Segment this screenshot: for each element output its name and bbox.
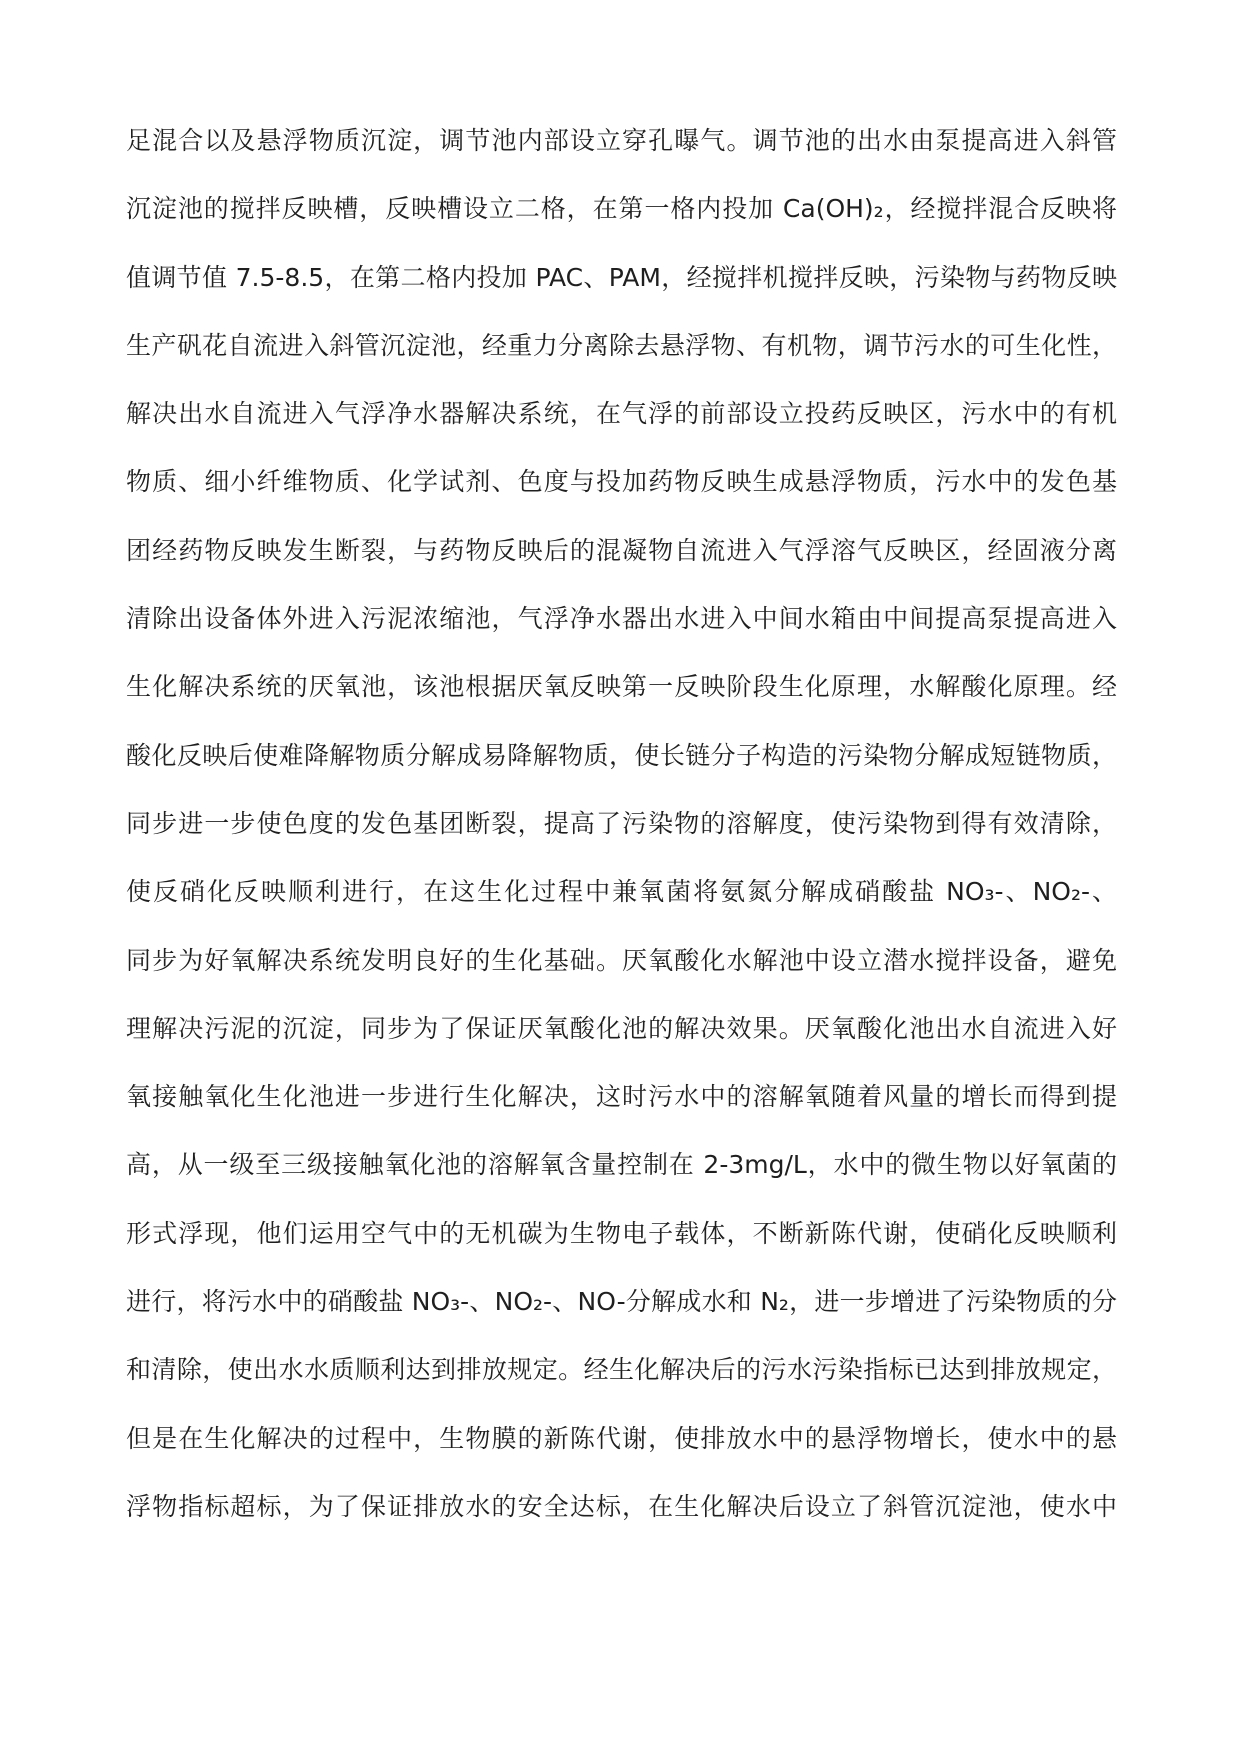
text-line: 生产矾花自流进入斜管沉淀池，经重力分离除去悬浮物、有机物，调节污水的可生化性， [126, 312, 1117, 380]
text-line: 值调节值 7.5-8.5，在第二格内投加 PAC、PAM，经搅拌机搅拌反映，污染… [126, 244, 1117, 312]
text-line: 生化解决系统的厌氧池，该池根据厌氧反映第一反映阶段生化原理，水解酸化原理。经 [126, 653, 1117, 721]
text-line: 足混合以及悬浮物质沉淀，调节池内部设立穿孔曝气。调节池的出水由泵提高进入斜管 [126, 107, 1117, 175]
body-paragraph: 足混合以及悬浮物质沉淀，调节池内部设立穿孔曝气。调节池的出水由泵提高进入斜管沉淀… [126, 107, 1117, 1541]
text-line: 和清除，使出水水质顺利达到排放规定。经生化解决后的污水污染指标已达到排放规定， [126, 1336, 1117, 1404]
text-line: 但是在生化解决的过程中，生物膜的新陈代谢，使排放水中的悬浮物增长，使水中的悬 [126, 1405, 1117, 1473]
text-line: 理解决污泥的沉淀，同步为了保证厌氧酸化池的解决效果。厌氧酸化池出水自流进入好 [126, 995, 1117, 1063]
text-line: 浮物指标超标，为了保证排放水的安全达标，在生化解决后设立了斜管沉淀池，使水中 [126, 1473, 1117, 1541]
text-line: 清除出设备体外进入污泥浓缩池，气浮净水器出水进入中间水箱由中间提高泵提高进入 [126, 585, 1117, 653]
text-line: 使反硝化反映顺利进行，在这生化过程中兼氧菌将氨氮分解成硝酸盐 NO₃-、NO₂-… [126, 858, 1117, 926]
text-line: 进行，将污水中的硝酸盐 NO₃-、NO₂-、NO-分解成水和 N₂，进一步增进了… [126, 1268, 1117, 1336]
text-line: 酸化反映后使难降解物质分解成易降解物质，使长链分子构造的污染物分解成短链物质， [126, 722, 1117, 790]
text-line: 解决出水自流进入气浮净水器解决系统，在气浮的前部设立投药反映区，污水中的有机 [126, 380, 1117, 448]
text-line: 沉淀池的搅拌反映槽，反映槽设立二格，在第一格内投加 Ca(OH)₂，经搅拌混合反… [126, 175, 1117, 243]
text-line: 氧接触氧化生化池进一步进行生化解决，这时污水中的溶解氧随着风量的增长而得到提 [126, 1063, 1117, 1131]
text-line: 形式浮现，他们运用空气中的无机碳为生物电子载体，不断新陈代谢，使硝化反映顺利 [126, 1200, 1117, 1268]
text-line: 团经药物反映发生断裂，与药物反映后的混凝物自流进入气浮溶气反映区，经固液分离 [126, 517, 1117, 585]
document-page: 足混合以及悬浮物质沉淀，调节池内部设立穿孔曝气。调节池的出水由泵提高进入斜管沉淀… [0, 0, 1241, 1754]
text-line: 同步进一步使色度的发色基团断裂，提高了污染物的溶解度，使污染物到得有效清除， [126, 790, 1117, 858]
text-line: 高，从一级至三级接触氧化池的溶解氧含量控制在 2-3mg/L，水中的微生物以好氧… [126, 1131, 1117, 1199]
text-line: 同步为好氧解决系统发明良好的生化基础。厌氧酸化水解池中设立潜水搅拌设备，避免 [126, 927, 1117, 995]
text-line: 物质、细小纤维物质、化学试剂、色度与投加药物反映生成悬浮物质，污水中的发色基 [126, 448, 1117, 516]
